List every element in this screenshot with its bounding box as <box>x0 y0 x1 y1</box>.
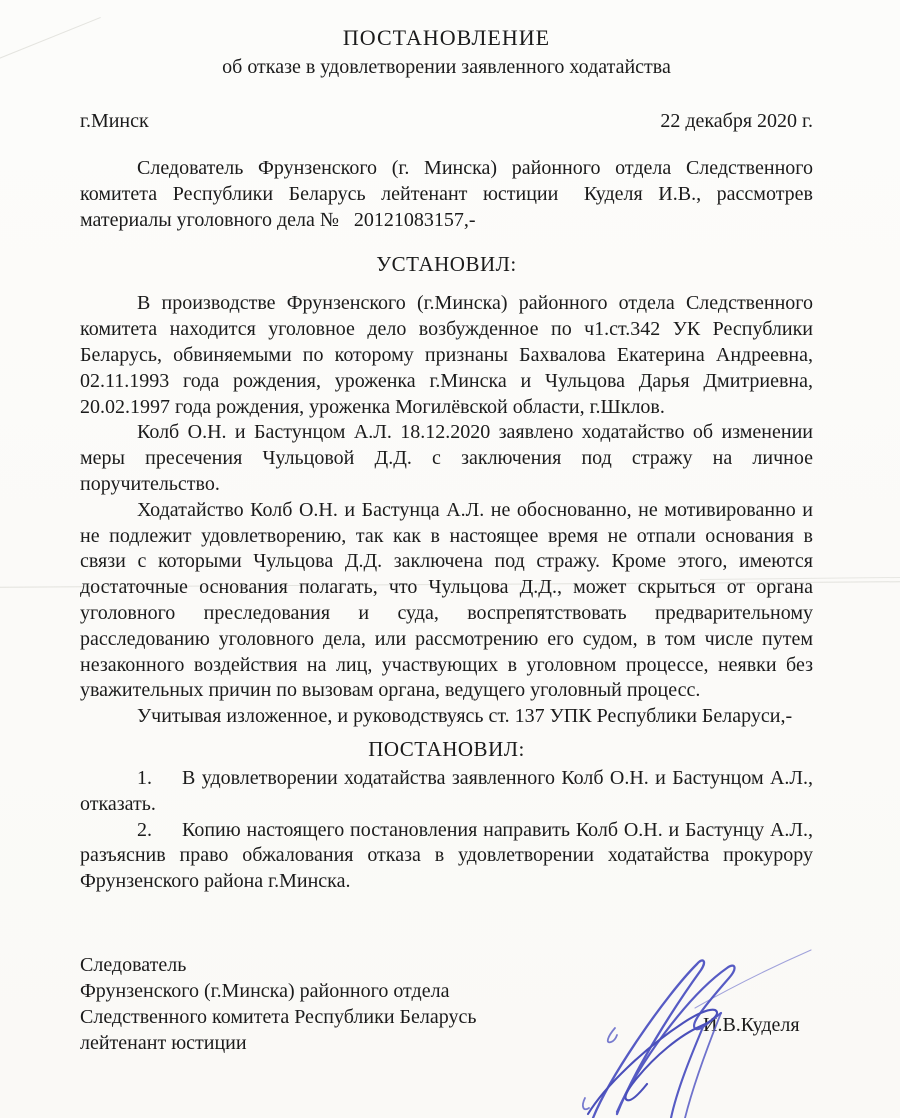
signature-title-line-1: Следователь <box>80 952 560 978</box>
signature-title-line-2: Фрунзенского (г.Минска) районного отдела <box>80 978 560 1004</box>
section-heading-established: УСТАНОВИЛ: <box>80 251 813 277</box>
document-content: ПОСТАНОВЛЕНИЕ об отказе в удовлетворении… <box>80 0 813 895</box>
document-subtitle: об отказе в удовлетворении заявленного х… <box>80 54 813 80</box>
section-heading-resolved: ПОСТАНОВИЛ: <box>80 736 813 762</box>
resolution-item-2: 2. Копию настоящего постановления направ… <box>80 818 813 895</box>
signer-name: И.В.Куделя <box>703 1012 800 1038</box>
body-paragraph-4: Учитывая изложенное, и руководствуясь ст… <box>80 704 813 730</box>
date-label: 22 декабря 2020 г. <box>660 108 813 134</box>
resolution-item-1: 1. В удовлетворении ходатайства заявленн… <box>80 766 813 818</box>
body-paragraph-2: Колб О.Н. и Бастунцом А.Л. 18.12.2020 за… <box>80 420 813 497</box>
body-paragraph-3: Ходатайство Колб О.Н. и Бастунца А.Л. не… <box>80 498 813 704</box>
signature-title-line-4: лейтенант юстиции <box>80 1030 560 1056</box>
place-date-row: г.Минск 22 декабря 2020 г. <box>80 108 813 134</box>
scanned-document-page: ПОСТАНОВЛЕНИЕ об отказе в удовлетворении… <box>0 0 900 1118</box>
signature-title-block: Следователь Фрунзенского (г.Минска) райо… <box>80 952 560 1056</box>
place-label: г.Минск <box>80 108 149 134</box>
signature-title-line-3: Следственного комитета Республики Белару… <box>80 1004 560 1030</box>
body-paragraph-1: В производстве Фрунзенского (г.Минска) р… <box>80 291 813 420</box>
document-title: ПОСТАНОВЛЕНИЕ <box>80 24 813 52</box>
intro-paragraph: Следователь Фрунзенского (г. Минска) рай… <box>80 156 813 233</box>
